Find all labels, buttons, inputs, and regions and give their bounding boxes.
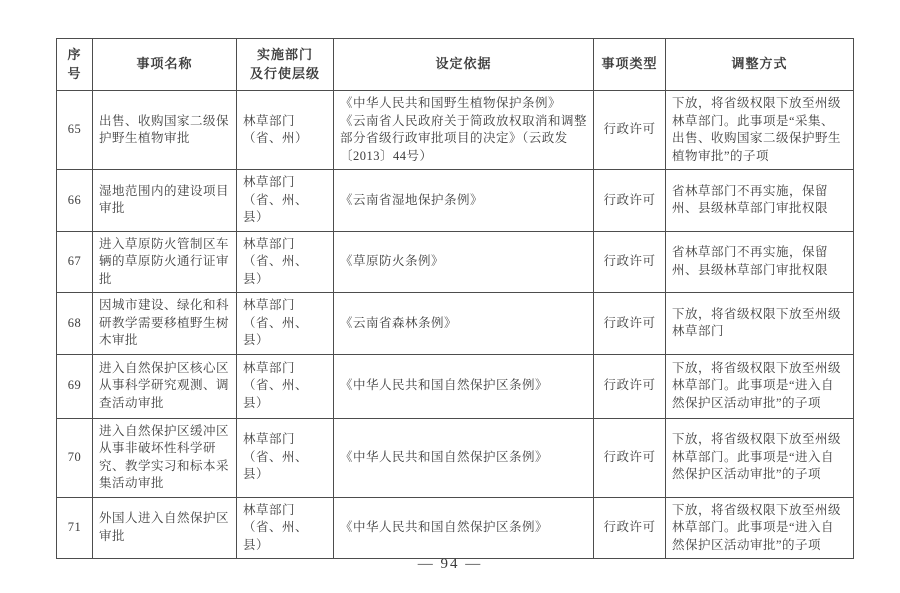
adjustment-method-cell: 省林草部门不再实施，保留州、县级林草部门审批权限 bbox=[666, 170, 854, 232]
item-name-cell: 湿地范围内的建设项目审批 bbox=[93, 170, 237, 232]
adjustment-method-cell: 下放，将省级权限下放至州级林草部门 bbox=[666, 293, 854, 355]
header-setting-basis: 设定依据 bbox=[334, 39, 594, 91]
item-type-cell: 行政许可 bbox=[594, 231, 666, 293]
department-cell: 林草部门（省、州、县） bbox=[237, 231, 334, 293]
header-serial-number: 序 号 bbox=[57, 39, 93, 91]
setting-basis-cell: 《云南省森林条例》 bbox=[334, 293, 594, 355]
department-cell: 林草部门（省、州、县） bbox=[237, 170, 334, 232]
serial-number-cell: 71 bbox=[57, 497, 93, 559]
basis-line: 《中华人民共和国自然保护区条例》 bbox=[340, 377, 587, 395]
item-type-cell: 行政许可 bbox=[594, 91, 666, 170]
adjustment-method-cell: 下放，将省级权限下放至州级林草部门。此事项是“进入自然保护区活动审批”的子项 bbox=[666, 354, 854, 418]
header-item-name: 事项名称 bbox=[93, 39, 237, 91]
item-type-cell: 行政许可 bbox=[594, 293, 666, 355]
setting-basis-cell: 《中华人民共和国自然保护区条例》 bbox=[334, 418, 594, 497]
basis-line: 《云南省森林条例》 bbox=[340, 315, 587, 333]
table-row: 68 因城市建设、绿化和科研教学需要移植野生树木审批 林草部门（省、州、县） 《… bbox=[57, 293, 854, 355]
serial-number-cell: 70 bbox=[57, 418, 93, 497]
item-type-cell: 行政许可 bbox=[594, 170, 666, 232]
serial-number-cell: 65 bbox=[57, 91, 93, 170]
table-row: 70 进入自然保护区缓冲区从事非破坏性科学研究、教学实习和标本采集活动审批 林草… bbox=[57, 418, 854, 497]
setting-basis-cell: 《中华人民共和国野生植物保护条例》《云南省人民政府关于简政放权取消和调整部分省级… bbox=[334, 91, 594, 170]
table-row: 71 外国人进入自然保护区审批 林草部门（省、州、县） 《中华人民共和国自然保护… bbox=[57, 497, 854, 559]
item-name-cell: 进入草原防火管制区车辆的草原防火通行证审批 bbox=[93, 231, 237, 293]
table-row: 65 出售、收购国家二级保护野生植物审批 林草部门（省、州） 《中华人民共和国野… bbox=[57, 91, 854, 170]
setting-basis-cell: 《云南省湿地保护条例》 bbox=[334, 170, 594, 232]
header-implementing-department: 实施部门 及行使层级 bbox=[237, 39, 334, 91]
department-cell: 林草部门（省、州、县） bbox=[237, 497, 334, 559]
basis-line: 《草原防火条例》 bbox=[340, 253, 587, 271]
basis-line: 《中华人民共和国自然保护区条例》 bbox=[340, 519, 587, 537]
document-page: 序 号 事项名称 实施部门 及行使层级 设定依据 事项类型 调整方式 65 出售… bbox=[0, 0, 900, 593]
item-name-cell: 进入自然保护区缓冲区从事非破坏性科学研究、教学实习和标本采集活动审批 bbox=[93, 418, 237, 497]
item-type-cell: 行政许可 bbox=[594, 354, 666, 418]
table-row: 66 湿地范围内的建设项目审批 林草部门（省、州、县） 《云南省湿地保护条例》 … bbox=[57, 170, 854, 232]
item-name-cell: 进入自然保护区核心区从事科学研究观测、调查活动审批 bbox=[93, 354, 237, 418]
setting-basis-cell: 《中华人民共和国自然保护区条例》 bbox=[334, 354, 594, 418]
item-type-cell: 行政许可 bbox=[594, 497, 666, 559]
header-adjustment-method: 调整方式 bbox=[666, 39, 854, 91]
basis-line: 《云南省湿地保护条例》 bbox=[340, 192, 587, 210]
serial-number-cell: 66 bbox=[57, 170, 93, 232]
adjustment-method-cell: 省林草部门不再实施，保留州、县级林草部门审批权限 bbox=[666, 231, 854, 293]
item-name-cell: 外国人进入自然保护区审批 bbox=[93, 497, 237, 559]
basis-line: 《中华人民共和国野生植物保护条例》 bbox=[340, 95, 587, 113]
setting-basis-cell: 《草原防火条例》 bbox=[334, 231, 594, 293]
department-cell: 林草部门（省、州、县） bbox=[237, 293, 334, 355]
adjustment-method-cell: 下放，将省级权限下放至州级林草部门。此事项是“采集、出售、收购国家二级保护野生植… bbox=[666, 91, 854, 170]
adjustment-method-cell: 下放，将省级权限下放至州级林草部门。此事项是“进入自然保护区活动审批”的子项 bbox=[666, 497, 854, 559]
table-body: 65 出售、收购国家二级保护野生植物审批 林草部门（省、州） 《中华人民共和国野… bbox=[57, 91, 854, 559]
approval-items-table: 序 号 事项名称 实施部门 及行使层级 设定依据 事项类型 调整方式 65 出售… bbox=[56, 38, 854, 559]
table-row: 69 进入自然保护区核心区从事科学研究观测、调查活动审批 林草部门（省、州、县）… bbox=[57, 354, 854, 418]
header-row: 序 号 事项名称 实施部门 及行使层级 设定依据 事项类型 调整方式 bbox=[57, 39, 854, 91]
item-type-cell: 行政许可 bbox=[594, 418, 666, 497]
table-row: 67 进入草原防火管制区车辆的草原防火通行证审批 林草部门（省、州、县） 《草原… bbox=[57, 231, 854, 293]
table-header: 序 号 事项名称 实施部门 及行使层级 设定依据 事项类型 调整方式 bbox=[57, 39, 854, 91]
adjustment-method-cell: 下放，将省级权限下放至州级林草部门。此事项是“进入自然保护区活动审批”的子项 bbox=[666, 418, 854, 497]
serial-number-cell: 68 bbox=[57, 293, 93, 355]
serial-number-cell: 67 bbox=[57, 231, 93, 293]
department-cell: 林草部门（省、州） bbox=[237, 91, 334, 170]
item-name-cell: 因城市建设、绿化和科研教学需要移植野生树木审批 bbox=[93, 293, 237, 355]
item-name-cell: 出售、收购国家二级保护野生植物审批 bbox=[93, 91, 237, 170]
basis-line: 《云南省人民政府关于简政放权取消和调整部分省级行政审批项目的决定》（云政发〔20… bbox=[340, 113, 587, 166]
department-cell: 林草部门（省、州、县） bbox=[237, 354, 334, 418]
basis-line: 《中华人民共和国自然保护区条例》 bbox=[340, 449, 587, 467]
header-item-type: 事项类型 bbox=[594, 39, 666, 91]
department-cell: 林草部门（省、州、县） bbox=[237, 418, 334, 497]
setting-basis-cell: 《中华人民共和国自然保护区条例》 bbox=[334, 497, 594, 559]
page-number: — 94 — bbox=[0, 556, 900, 573]
serial-number-cell: 69 bbox=[57, 354, 93, 418]
